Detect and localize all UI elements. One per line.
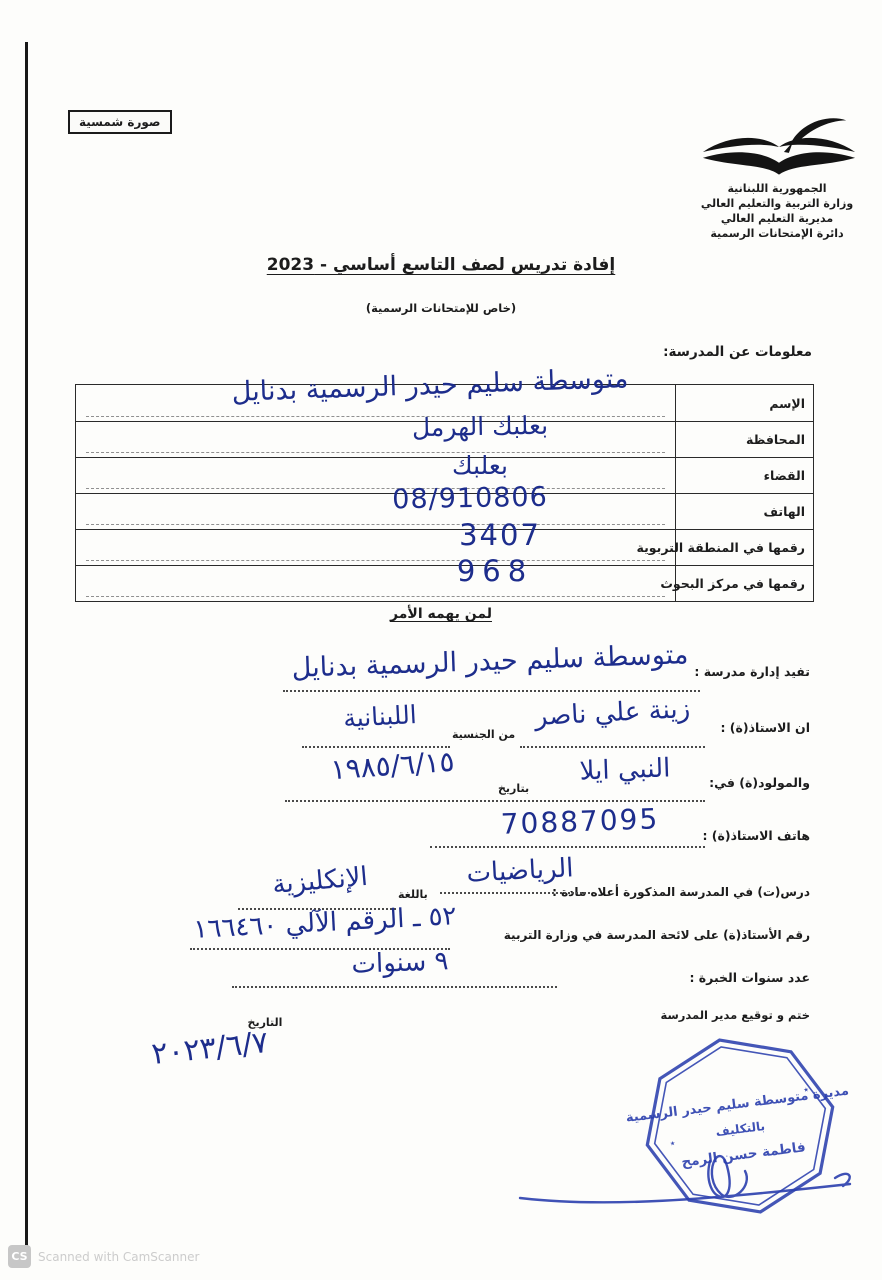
photo-box-label: صورة شمسية (79, 115, 161, 129)
language-label: باللغة (398, 888, 428, 901)
nationality-label: من الجنسية (452, 728, 515, 741)
row-label-governorate: المحافظة (675, 422, 813, 457)
stamp-signature-label: ختم و توقيع مدير المدرسة (640, 1008, 810, 1022)
handwritten-district: بعلبك (400, 453, 560, 478)
row-label-edu-zone-number: رقمها في المنطقة التربوية (675, 530, 813, 565)
stamp-text-line2: بالتكليف (715, 1119, 766, 1139)
stamp-star-left: ٭ (669, 1138, 676, 1150)
scanned-document-page: صورة شمسية الجمهورية اللبنانية وزارة الت… (0, 0, 882, 1280)
to-whom-it-may-concern-heading: لمن يهمه الأمر (0, 606, 882, 622)
scan-edge-line (25, 42, 28, 1250)
field-label-experience: عدد سنوات الخبرة : (610, 970, 810, 985)
school-director-stamp: مديرة متوسطة سليم حيدر الرسمية بالتكليف … (505, 1026, 865, 1226)
ministry-line-exams-dept: دائرة الإمتحانات الرسمية (672, 226, 882, 241)
handwritten-governorate: بعلبك الهرمل (370, 412, 590, 441)
row-label-district: القضاء (675, 458, 813, 493)
open-book-quill-icon (695, 112, 863, 182)
row-value-cell (76, 566, 675, 601)
handwritten-date: ٢٠٢٣/٦/٧ (99, 1023, 321, 1076)
ministry-line-ministry: وزارة التربية والتعليم العالي (672, 196, 882, 211)
stamp-text-line3: فاطمة حسن الرمح (680, 1139, 806, 1170)
row-label-phone: الهاتف (675, 494, 813, 529)
row-value-cell (76, 530, 675, 565)
school-info-heading: معلومات عن المدرسة: (512, 344, 812, 360)
birthdate-label: بتاريخ (498, 782, 529, 795)
camscanner-watermark-text: Scanned with CamScanner (38, 1250, 199, 1264)
row-label-research-center-number: رقمها في مركز البحوث (675, 566, 813, 601)
ministry-line-directorate: مديرية التعليم العالي (672, 211, 882, 226)
field-label-roster-number: رقم الأستاذ(ة) على لائحة المدرسة في وزار… (520, 928, 810, 942)
document-title: إفادة تدريس لصف التاسع أساسي - 2023 (0, 255, 882, 275)
handwritten-phone: 08/910806 (350, 483, 590, 514)
handwritten-edu-zone-number: 3407 (420, 521, 580, 550)
ministry-line-republic: الجمهورية اللبنانية (672, 181, 882, 196)
row-label-name: الإسم (675, 385, 813, 421)
document-subtitle: (خاص للإمتحانات الرسمية) (0, 301, 882, 315)
ministry-header: الجمهورية اللبنانية وزارة التربية والتعل… (672, 181, 882, 241)
photo-placeholder-box: صورة شمسية (68, 110, 172, 134)
handwritten-subject: الرياضيات (444, 854, 595, 888)
handwritten-teacher-phone: 70887095 (480, 805, 681, 840)
camscanner-badge: CS (8, 1245, 31, 1268)
handwritten-research-center-number: 968 (410, 557, 580, 586)
